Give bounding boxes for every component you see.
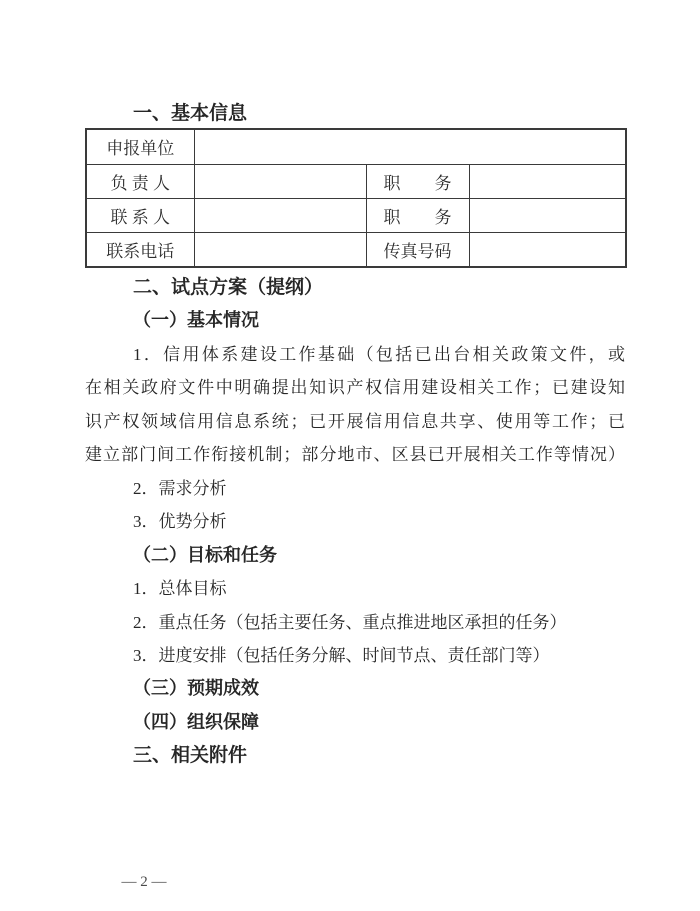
fax-number-value <box>469 232 626 267</box>
section-basic-info-title: 一、基本信息 <box>85 102 625 126</box>
contact-phone-label: 联系电话 <box>86 232 194 267</box>
paragraph-line-1: 1．信用体系建设工作基础（包括已出台相关政策文件，或 <box>85 338 625 371</box>
subsection-expected-results-title: （三）预期成效 <box>85 672 625 705</box>
subsection-goals-tasks-title: （二）目标和任务 <box>85 539 625 572</box>
paragraph-line-3: 识产权领域信用信息系统；已开展信用信息共享、使用等工作；已 <box>85 405 625 438</box>
paragraph-line-2: 在相关政府文件中明确提出知识产权信用建设相关工作；已建设知 <box>85 371 625 404</box>
outline-item-key-tasks: 2．重点任务（包括主要任务、重点推进地区承担的任务） <box>85 606 625 639</box>
applicant-unit-label: 申报单位 <box>86 129 194 164</box>
position-value-2 <box>469 198 626 232</box>
subsection-basic-situation-title: （一）基本情况 <box>85 304 625 337</box>
contact-person-label: 联 系 人 <box>86 198 194 232</box>
document-page: 一、基本信息 申报单位 负 责 人 职 务 联 系 人 职 务 联系电话 传真号… <box>0 0 700 911</box>
outline-item-schedule: 3．进度安排（包括任务分解、时间节点、责任部门等） <box>85 639 625 672</box>
paragraph-line-4: 建立部门间工作衔接机制；部分地市、区县已开展相关工作等情况） <box>85 438 625 471</box>
section-pilot-plan-title: 二、试点方案（提纲） <box>85 271 625 304</box>
person-in-charge-label: 负 责 人 <box>86 164 194 198</box>
applicant-unit-value <box>194 129 626 164</box>
table-row: 联系电话 传真号码 <box>86 232 626 267</box>
position-label-2: 职 务 <box>366 198 469 232</box>
contact-person-value <box>194 198 366 232</box>
outline-item-demand-analysis: 2．需求分析 <box>85 472 625 505</box>
outline-item-overall-goal: 1．总体目标 <box>85 572 625 605</box>
person-in-charge-value <box>194 164 366 198</box>
basic-info-table: 申报单位 负 责 人 职 务 联 系 人 职 务 联系电话 传真号码 <box>85 128 627 268</box>
fax-number-label: 传真号码 <box>366 232 469 267</box>
section-attachments-title: 三、相关附件 <box>85 739 625 772</box>
page-number: — 2 — <box>104 874 184 891</box>
position-label-1: 职 务 <box>366 164 469 198</box>
contact-phone-value <box>194 232 366 267</box>
table-row: 联 系 人 职 务 <box>86 198 626 232</box>
table-row: 申报单位 <box>86 129 626 164</box>
outline-item-advantage-analysis: 3．优势分析 <box>85 505 625 538</box>
outline-block: 二、试点方案（提纲） （一）基本情况 1．信用体系建设工作基础（包括已出台相关政… <box>85 271 625 773</box>
table-row: 负 责 人 职 务 <box>86 164 626 198</box>
position-value-1 <box>469 164 626 198</box>
subsection-organizational-support-title: （四）组织保障 <box>85 706 625 739</box>
